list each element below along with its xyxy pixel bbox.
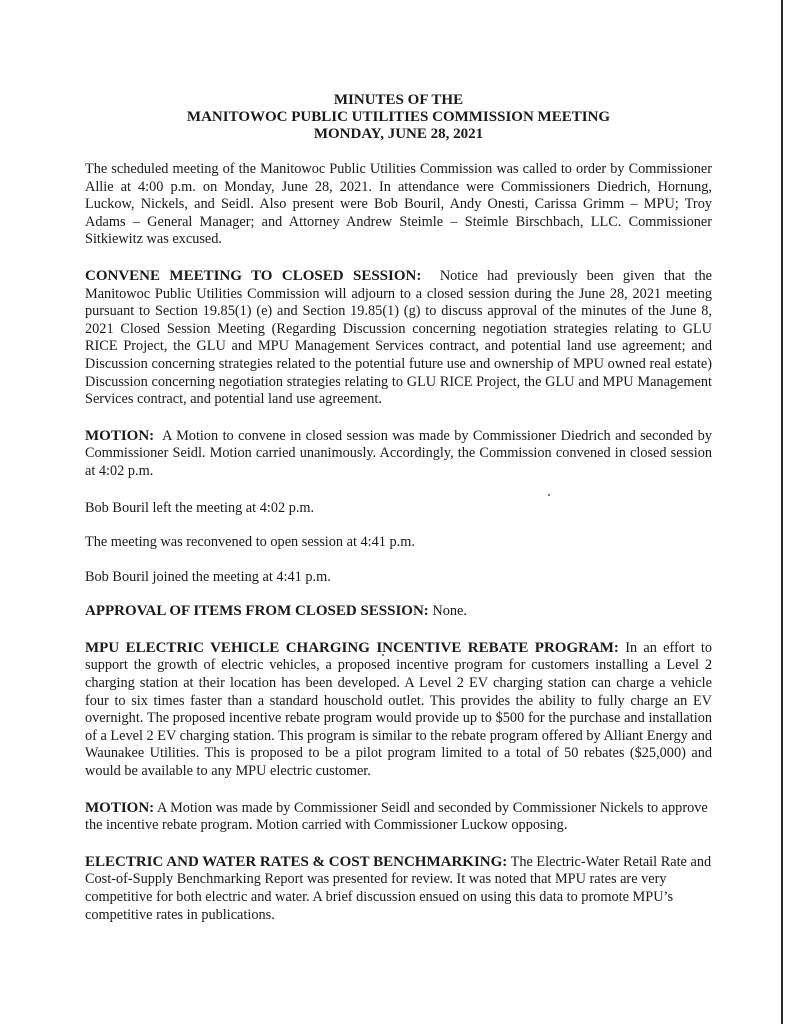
- section-heading: MPU ELECTRIC VEHICLE CHARGING INCENTIVE …: [85, 640, 619, 656]
- section-heading: MOTION:: [85, 800, 154, 816]
- title-line-2: MANITOWOC PUBLIC UTILITIES COMMISSION ME…: [85, 109, 712, 126]
- note-bouril-joined: Bob Bouril joined the meeting at 4:41 p.…: [85, 569, 712, 587]
- section-heading: ELECTRIC AND WATER RATES & COST BENCHMAR…: [85, 854, 507, 870]
- section-body: A Motion was made by Commissioner Seidl …: [85, 800, 708, 834]
- section-body: A Motion to convene in closed session wa…: [85, 428, 712, 479]
- section-heading: CONVENE MEETING TO CLOSED SESSION:: [85, 268, 421, 284]
- section-heading: APPROVAL OF ITEMS FROM CLOSED SESSION:: [85, 603, 429, 619]
- section-convene-closed-session: CONVENE MEETING TO CLOSED SESSION: Notic…: [85, 268, 712, 409]
- title-line-3: MONDAY, JUNE 28, 2021: [85, 126, 712, 143]
- title-line-1: MINUTES OF THE: [85, 92, 712, 109]
- section-heading: MOTION:: [85, 428, 154, 444]
- section-body: In an effort to support the growth of el…: [85, 640, 712, 779]
- section-motion-ev-rebate: MOTION: A Motion was made by Commissione…: [85, 800, 712, 835]
- scan-edge-line: [781, 0, 783, 1024]
- note-reconvened: The meeting was reconvened to open sessi…: [85, 534, 712, 552]
- section-ev-rebate-program: MPU ELECTRIC VEHICLE CHARGING INCENTIVE …: [85, 640, 712, 781]
- section-rates-benchmarking: ELECTRIC AND WATER RATES & COST BENCHMAR…: [85, 854, 712, 924]
- document-title: MINUTES OF THE MANITOWOC PUBLIC UTILITIE…: [85, 92, 712, 143]
- intro-paragraph: The scheduled meeting of the Manitowoc P…: [85, 161, 712, 249]
- section-approval-closed-items: APPROVAL OF ITEMS FROM CLOSED SESSION: N…: [85, 603, 712, 621]
- note-bouril-left: Bob Bouril left the meeting at 4:02 p.m.: [85, 500, 712, 518]
- document-page: MINUTES OF THE MANITOWOC PUBLIC UTILITIE…: [85, 92, 712, 943]
- section-motion-closed-session: MOTION: A Motion to convene in closed se…: [85, 428, 712, 481]
- section-body: Notice had previously been given that th…: [85, 268, 712, 407]
- section-body: None.: [432, 603, 467, 619]
